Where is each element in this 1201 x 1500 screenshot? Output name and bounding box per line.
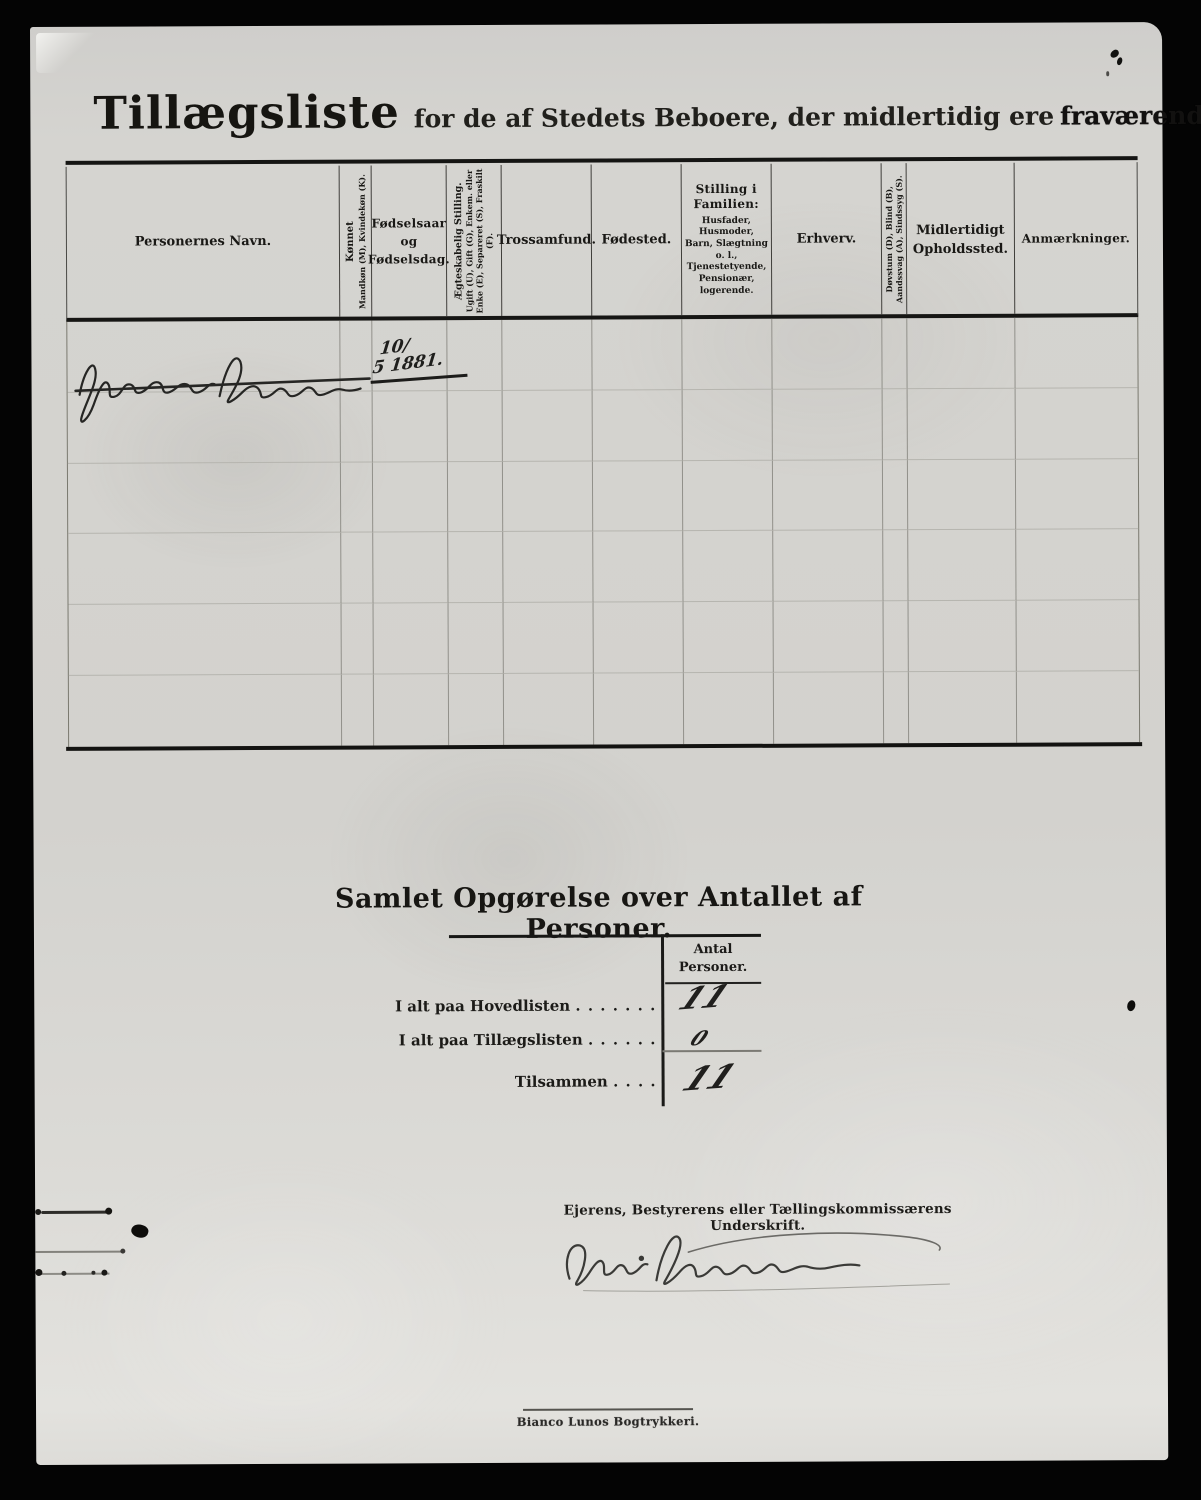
table-cell-r1-c11 [1015, 317, 1137, 388]
table-cell-r4-c3 [373, 533, 448, 604]
summary-row-tillaegslisten: I alt paa Tillægslisten . . . . . . [344, 1030, 656, 1049]
table-cell-r6-c5 [504, 674, 594, 745]
summary-mid-rule [662, 1050, 761, 1052]
table-cell-r6-c3 [374, 674, 449, 745]
vertical-text: Kønnet Mandkøn (M), Kvindekøn (K). [344, 167, 367, 315]
table-cell-r3-c7 [683, 460, 773, 531]
table-cell-r4-c2 [341, 533, 373, 604]
column-header-foedested: Fødested. [592, 164, 683, 315]
table-cell-r3-c6 [593, 461, 683, 532]
table-cell-r6-c8 [774, 672, 884, 743]
summary-row-tilsammen: Tilsammen . . . . [345, 1072, 657, 1091]
table-cell-r5-c2 [342, 604, 374, 675]
table-cell-r2-c11 [1016, 388, 1138, 459]
table-cell-r6-c10 [909, 672, 1017, 743]
table-cell-r2-c6 [593, 390, 683, 461]
margin-ink-dot [105, 1208, 112, 1215]
table-cell-r6-c2 [342, 674, 374, 745]
table-cell-r5-c9 [884, 601, 909, 672]
ink-dot [1126, 999, 1136, 1012]
table-cell-r3-c10 [908, 459, 1016, 530]
table-cell-r5-c11 [1017, 600, 1139, 671]
table-cell-r5-c5 [504, 603, 594, 674]
margin-ink-dot [101, 1270, 107, 1276]
table-cell-r6-c6 [594, 673, 684, 744]
margin-ink-dash [35, 1251, 121, 1253]
handwritten-count-tillaegslisten: 0 [686, 1026, 712, 1051]
table-cell-r6-c4 [449, 674, 504, 745]
column-header-koennet: Kønnet Mandkøn (M), Kvindekøn (K). [340, 166, 373, 317]
table-cell-r5-c1 [69, 604, 342, 676]
table-cell-r3-c5 [503, 461, 593, 532]
handwritten-signature [553, 1217, 983, 1311]
table-cell-r1-c4 [447, 320, 502, 391]
table-cell-r4-c9 [883, 531, 908, 602]
title-subtitle: for de af Stedets Beboere, der midlertid… [414, 102, 1054, 134]
table-cell-r5-c8 [774, 601, 884, 672]
title-main: Tillægsliste [93, 85, 400, 139]
table-cell-r4-c1 [68, 533, 341, 605]
table-cell-r2-c5 [503, 390, 593, 461]
table-cell-r1-c6 [592, 319, 682, 390]
table-cell-r2-c7 [683, 390, 773, 461]
summary-column-header: Antal Personer. [667, 941, 759, 976]
table-cell-r4-c5 [503, 532, 593, 603]
census-form-page: Tillægslistefor de af Stedets Beboere, d… [30, 22, 1168, 1465]
margin-ink-dot [120, 1249, 125, 1254]
table-cell-r5-c6 [594, 602, 684, 673]
table-cell-r1-c8 [772, 318, 882, 389]
handwritten-count-tilsammen: 11 [676, 1056, 743, 1098]
table-cell-r4-c8 [773, 531, 883, 602]
table-cell-r2-c4 [448, 391, 503, 462]
table-cell-r4-c7 [683, 531, 773, 602]
table-cell-r6-c1 [69, 675, 342, 747]
column-header-aegteskabelig-stilling: Ægteskabelig Stilling. Ugift (U), Gift (… [447, 165, 503, 316]
margin-ink-dot [35, 1269, 42, 1276]
printer-imprint: Bianco Lunos Bogtrykkeri. [498, 1414, 718, 1429]
table-cell-r5-c3 [374, 603, 449, 674]
table-cell-r3-c3 [373, 462, 448, 533]
table-cell-r1-c5 [502, 320, 592, 391]
table-cell-r2-c8 [773, 389, 883, 460]
column-header-midlertidigt-opholdssted: Midlertidigt Opholdssted. [907, 163, 1016, 314]
table-cell-r3-c9 [883, 460, 908, 531]
column-header-personernes-navn: Personernes Navn. [67, 166, 341, 318]
table-cell-r3-c8 [773, 460, 883, 531]
margin-ink-dot [35, 1209, 41, 1215]
table-cell-r3-c1 [68, 462, 341, 534]
margin-ink-dash [41, 1211, 107, 1214]
summary-vertical-rule [661, 934, 665, 1106]
table-cell-r3-c4 [448, 462, 503, 533]
table-cell-r4-c6 [593, 532, 683, 603]
supplement-table-header: Personernes Navn. Kønnet Mandkøn (M), Kv… [66, 162, 1139, 322]
table-cell-r1-c9 [882, 318, 907, 389]
table-cell-r5-c4 [449, 603, 504, 674]
table-cell-r5-c7 [684, 602, 774, 673]
title-subtitle-emphasis: fraværende. [1060, 101, 1201, 131]
printer-rule [523, 1408, 693, 1410]
ink-fleck [1116, 57, 1123, 66]
table-cell-r4-c10 [908, 530, 1016, 601]
table-cell-r6-c7 [684, 673, 774, 744]
margin-ink-dot [61, 1271, 66, 1276]
handwritten-count-hovedlisten: 11 [672, 978, 735, 1017]
column-header-anmaerkninger: Anmærkninger. [1015, 162, 1138, 314]
page-title: Tillægslistefor de af Stedets Beboere, d… [93, 82, 1133, 140]
table-cell-r3-c2 [341, 462, 373, 533]
column-header-stilling-i-familien: Stilling i Familien: Husfader, Husmoder,… [682, 164, 773, 315]
vertical-text: Døvstum (D), Blind (B), Aandssvag (A), S… [884, 165, 905, 313]
vertical-text: Ægteskabelig Stilling. Ugift (U), Gift (… [453, 166, 495, 314]
ink-fleck [1106, 71, 1109, 76]
paper-corner-highlight [36, 33, 96, 73]
margin-ink-dash [37, 1273, 109, 1275]
column-header-erhverv: Erhverv. [772, 163, 883, 314]
summary-row-hovedlisten: I alt paa Hovedlisten . . . . . . . [344, 996, 656, 1015]
margin-ink-dot [91, 1271, 95, 1275]
table-cell-r2-c9 [883, 389, 908, 460]
table-cell-r6-c11 [1017, 671, 1139, 742]
column-header-trossamfund: Trossamfund. [502, 165, 593, 316]
table-cell-r4-c11 [1016, 530, 1138, 601]
column-header-doevstum: Døvstum (D), Blind (B), Aandssvag (A), S… [882, 163, 908, 314]
ink-blot [130, 1222, 150, 1240]
handwritten-name-entry [71, 341, 391, 430]
table-cell-r1-c10 [907, 318, 1015, 389]
table-cell-r3-c11 [1016, 459, 1138, 530]
table-cell-r5-c10 [909, 601, 1017, 672]
table-cell-r6-c9 [884, 672, 909, 743]
scan-background: Tillægslistefor de af Stedets Beboere, d… [0, 0, 1201, 1500]
table-cell-r1-c7 [682, 319, 772, 390]
table-cell-r4-c4 [448, 532, 503, 603]
table-cell-r2-c10 [908, 388, 1016, 459]
column-header-foedselsaar: Fødselsaar og Fødselsdag. [372, 165, 448, 316]
